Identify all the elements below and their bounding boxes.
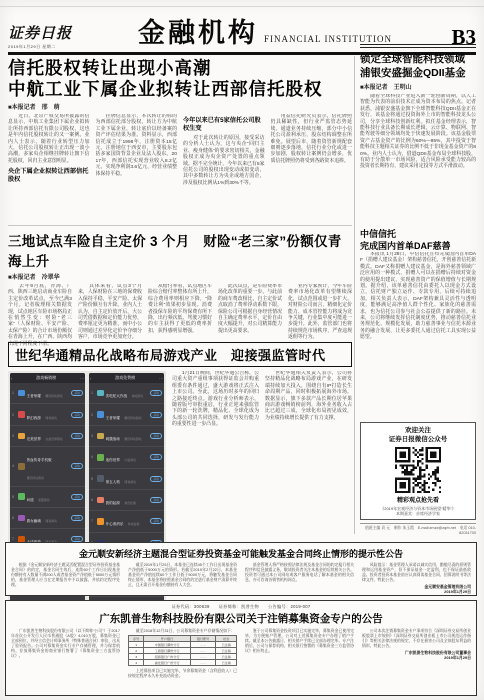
app-row: 4 热血传奇手机版 腾讯移动游戏 获取 [10,447,85,486]
paper-logo: 证券日报 2019年1月29日 星期二 [8,22,94,50]
app-icon [18,463,25,470]
app-subtitle: 休闲益智 [128,522,140,526]
article-auto-insurance-headline: 三地试点车险自主定价 3 个月 财险“老三家”份额仅青海上升 [8,230,352,270]
app-subtitle: 腾讯移动游戏 [45,394,62,398]
app-icon [97,390,104,397]
app-row: 2 王者荣耀 腾讯移动游戏 获取 [89,404,164,425]
app-rank: 7 [91,519,95,523]
text-column: 用益信托研究员表示，信托牌照仍具稀缺性，但行业严监管态势延续，通道业务持续压缩，… [271,114,353,230]
app-get-button: 获取 [150,518,162,524]
app-rank: 4 [12,464,16,468]
app-rank: 1 [12,391,16,395]
panel-header: ‹ 游戏畅销榜 ⋯ [10,373,85,383]
app-subtitle: 休闲游戏 [132,394,144,398]
panel-title: 游戏畅销榜 [36,375,56,381]
app-rank: 5 [12,495,16,499]
app-subtitle: 角色扮演 [124,501,136,505]
signature-date: 2019年1月29日 [444,589,471,594]
more-icon: ⋯ [159,376,163,381]
article-auto-insurance-byline: ■本报记者 冷翠华 [8,272,352,281]
app-get-button: 获取 [150,476,162,482]
app-icon [97,433,104,440]
text-column: 基金管理人将严格按照法律法规及基金合同的约定履行相关程序和信息披露义务，敬请投资… [245,562,354,596]
app-meta: 梦幻西游 网易游戏 [27,406,70,424]
app-row: 7 开心消消乐 休闲益智 获取 [89,511,164,532]
app-subtitle: 完美世界游戏 [45,437,62,441]
app-name: 问道 [27,498,34,502]
page-top-edge [0,6,484,7]
app-icon [18,411,25,418]
app-meta: 第五人格 网易游戏 [106,470,149,488]
app-row: 2 梦幻西游 网易游戏 获取 [10,404,85,425]
table-cell: 浦发银行广州分行 [144,660,190,666]
app-get-button: 获取 [71,412,83,418]
app-get-button: 获取 [150,497,162,503]
app-row: 3 完美世界 完美世界游戏 获取 [10,426,85,447]
announcement-body: 根据《金元顺安新经济主题灵活配置混合型证券投资基金基金合同》的约定，基金合同生效… [11,562,471,596]
text-column: 截至2019年1月25日，本基金已连续45个工作日出现基金资产净值低于5000万… [128,562,237,596]
qrcode [395,447,441,493]
announcement-codes-line: 证券代码：300639 证券简称：凯普生物 公告编号：2019-007 [11,604,471,610]
app-meta: 问道 雷霆游戏 [27,488,70,506]
app-rank: 1 [91,391,95,395]
qr-box-line2: 证券日报微信公众号 [365,436,471,445]
newspaper-page: 证券日报 2019年1月29日 星期二 金融机构 FINANCIAL INSTI… [0,0,484,700]
article-qdii-body: 随着全球科技产业进入新一轮创新周期，以人工智能为代表的前沿技术正成为资本布局的焦… [360,94,476,222]
app-icon [97,475,104,482]
body-text: 用益信托研究员表示，信托牌照仍具稀缺性，但行业严监管态势延续，通道业务持续压缩，… [271,114,353,165]
text-column: 1月21日晚间，世纪华通公告称，公司重大资产重组事项获得证监会并购重组委有条件通… [172,371,259,483]
app-name: 王者荣耀 [106,416,120,420]
app-row: 3 刺激战场 腾讯移动游戏 获取 [89,426,164,447]
app-meta: 王者荣耀 腾讯移动游戏 [27,384,70,402]
article-qdii-fund: 锁定全球智能科技领域 浦银安盛掘金QDII基金 ■本报记者 王明山 随着全球科技… [360,53,476,222]
app-subtitle: 腾讯移动游戏 [27,476,44,480]
article-qdii-headline-2: 浦银安盛掘金QDII基金 [360,67,476,81]
app-row: 6 我的起源 角色扮演 获取 [89,490,164,511]
app-subtitle: 网易游戏 [45,519,57,523]
app-get-button: 获取 [150,454,162,460]
table-cell: …… [190,660,216,666]
announcement-fund-termination: 金元顺安新经济主题混合型证券投资基金可能触发基金合同终止情形的提示性公告 根据《… [5,542,477,596]
more-icon: ⋯ [80,376,84,381]
app-rank: 6 [12,516,16,520]
wechat-qr-box: 欢迎关注 证券日报微信公众号 精彩观点抢先看 《2019年宏观经济与资本市场展望… [360,422,476,520]
app-name: 刺激战场 [106,437,120,441]
article-qdii-headline-1: 锁定全球智能科技领域 [360,53,476,67]
text-column: 鉴于公司募集资金投资项目已实施完毕，募集资金已使用完毕，为方便账户管理，公司对上… [245,628,354,694]
article-trust-headline-2: 中航工业下属企业拟转让西部信托股权 [8,79,352,100]
app-subtitle: 腾讯移动游戏 [124,416,141,420]
app-subtitle: 网易游戏 [124,480,136,484]
app-meta: 王者荣耀 腾讯移动游戏 [106,406,149,424]
app-icon [18,493,25,500]
body-text: 风险提示：基金管理人承诺以诚实信用、勤勉尽责的原则管理和运用基金资产，但不保证基… [362,562,471,582]
text-column: 截至2018年12月31日，公司募集资金专户存储情况如下： 序号 开户银行 银行… [128,628,237,694]
app-name: 倩女幽魂 [27,519,41,523]
app-name: 完美世界 [27,437,41,441]
app-meta: 完美世界 完美世界游戏 [27,427,70,445]
article-daf-headline-2: 完成国内首单DAF慈善 [360,240,476,252]
app-rank: 6 [91,498,95,502]
app-icon [97,497,104,504]
app-row: 5 问道 雷霆游戏 获取 [10,487,85,508]
back-icon: ‹ [90,376,91,381]
body-text: 近日，北京产权交易所披露的信息显示，中航工业集团下属企业拟转让所持西部信托有限公… [8,114,90,165]
announcement-body: 广东凯普生物科技股份有限公司（以下简称“公司”）于2017年首次公开发行人民币普… [11,628,471,694]
article-daf-trust: 中信信托 完成国内首单DAF慈善 本报讯 1月28日，中信信托宣布完成国内首单D… [360,228,476,416]
panel-header: ‹ 游戏免费榜 ⋯ [89,373,164,383]
app-name: 开心消消乐 [106,522,124,526]
article-trust-byline: ■本报记者 邢 萌 [8,102,352,111]
app-rank: 2 [12,413,16,417]
article-gaming-headline: 世纪华通精品化战略布局游戏产业 迎接强监管时代 [8,342,352,367]
app-meta: 倩女幽魂 网易游戏 [27,509,70,527]
app-get-button: 获取 [71,494,83,500]
app-icon [18,433,25,440]
app-icon [97,411,104,418]
article-trust-body: 近日，北京产权交易所披露的信息显示，中航工业集团下属企业拟转让所持西部信托有限公… [8,114,352,230]
article-daf-headline-1: 中信信托 [360,228,476,240]
text-column: 公司本次注销募集资金专户事项符合《深圳证券交易所创业板股票上市规则》《深圳证券交… [362,628,471,694]
app-row: 4 迷你世界 沙盒游戏 获取 [89,447,164,468]
announcement-kaipu-account: 证券代码：300639 证券简称：凯普生物 公告编号：2019-007 广东凯普… [5,600,477,696]
app-rank: 7 [12,537,16,541]
app-meta: 我的起源 角色扮演 [106,491,149,509]
text-column: 挂牌信息显示，本次转让的标的为西部信托部分股权，转让方为中航工业下属企业，转让底… [96,114,178,230]
app-name: 梦幻西游 [27,416,41,420]
announcement-signature: 金元顺安基金管理有限公司 2019年1月29日 [362,584,471,594]
subhead: 今年以来已有5家信托公司股权生变 [183,117,265,133]
app-icon [18,515,25,522]
text-column: 今年以来已有5家信托公司股权生变 对于此次转让的原因，接受采访的分析人士认为，这… [183,114,265,230]
body-text: 公司本次注销募集资金专户事项符合《深圳证券交易所创业板股票上市规则》《深圳证券交… [362,628,471,648]
app-row: 6 倩女幽魂 网易游戏 获取 [10,508,85,529]
app-get-button: 获取 [150,390,162,396]
paper-date-line: 2019年1月29日 星期二 [8,44,94,50]
article-daf-body: 本报讯 1月28日，中信信托宣布完成国内首单DAF（捐赠人建议基金）架构慈善信托… [360,252,476,416]
app-rank: 4 [91,455,95,459]
body-text: 上述募投项目已实施完毕，节余募集资金（含利息收入）已按规定程序永久补充流动资金。 [128,668,237,678]
article-gaming-side-text: 1月21日晚间，世纪华通公告称，公司重大资产重组事项获得证监会并购重组委有条件通… [172,371,352,483]
body-text: 截至2018年12月31日，公司募集资金专户存储情况如下： [128,628,237,633]
app-rank: 3 [12,434,16,438]
article-qdii-byline: ■本报记者 王明山 [360,82,476,91]
app-name: 贪吃蛇大作战 [106,394,128,398]
section-title-cn: 金融机构 [138,11,258,50]
section-title-en: FINANCIAL INSTITUTION [264,34,392,44]
app-meta: 迷你世界 沙盒游戏 [106,448,149,466]
app-name: 第五人格 [106,480,120,484]
body-text: 对于此次转让的原因，接受采访的分析人士认为，这与央企“回归主业、瘦身健体”的要求… [183,136,265,187]
app-rank: 5 [91,477,95,481]
text-column: 广东凯普生物科技股份有限公司（以下简称“公司”）于2017年首次公开发行人民币普… [11,628,120,694]
right-column: 锁定全球智能科技领域 浦银安盛掘金QDII基金 ■本报记者 王明山 随着全球科技… [360,44,476,535]
app-rank: 3 [91,434,95,438]
text-column: 近日，北京产权交易所披露的信息显示，中航工业集团下属企业拟转让所持西部信托有限公… [8,114,90,230]
app-icon [97,518,104,525]
table-cell: 已注销 [216,660,237,666]
table-cell: 4 [129,660,144,666]
article-trust-headline-1: 信托股权转让出现小高潮 [8,58,352,79]
staff-line: 值班主编 袁 元 制作 朱玉霞 E-mail:zmzx@zqrb.net 电话 … [360,523,476,535]
app-get-button: 获取 [71,433,83,439]
app-subtitle: 网易游戏 [45,416,57,420]
qr-box-line3: 精彩观点抢先看 [365,495,471,504]
announcement-signature: 广东凯普生物科技股份有限公司董事会 2019年1月29日 [362,650,471,660]
app-meta: 开心消消乐 休闲益智 [106,512,149,530]
app-get-button: 获取 [150,412,162,418]
text-column: 世纪华通相关负责人表示，公司将坚持精品化战略布局游戏产业，在研发端持续加大投入，… [265,371,352,483]
account-table: 序号 开户银行 银行账号 状态 1 中国银行潮州分行 …… 已注销 2 [128,635,237,666]
app-subtitle: 腾讯移动游戏 [124,437,141,441]
panel-title: 游戏免费榜 [115,375,135,381]
app-get-button: 获取 [71,390,83,396]
app-meta: 刺激战场 腾讯移动游戏 [106,427,149,445]
app-row: 5 第五人格 网易游戏 获取 [89,469,164,490]
paper-name: 证券日报 [8,22,94,43]
double-rule [360,44,476,48]
announcement-title: 广东凯普生物科技股份有限公司关于注销募集资金专户的公告 [11,611,471,626]
app-subtitle: 雷霆游戏 [38,498,50,502]
app-get-button: 获取 [150,433,162,439]
table-row: 4 浦发银行广州分行 …… 已注销 [129,660,237,666]
app-icon [18,390,25,397]
app-row: 1 贪吃蛇大作战 休闲游戏 获取 [89,383,164,404]
text-column: 根据《金元顺安新经济主题灵活配置混合型证券投资基金基金合同》的约定，基金合同生效… [11,562,120,596]
signature-date: 2019年1月29日 [444,655,471,660]
app-get-button: 获取 [71,463,83,469]
app-icon [97,454,104,461]
qr-box-line1: 欢迎关注 [365,427,471,436]
app-meta: 贪吃蛇大作战 休闲游戏 [106,384,149,402]
subhead: 央企下属企业拟转让西部信托股权 [8,168,90,184]
qr-box-note2: 本期嘉宾：首席经济学家 [365,511,471,516]
announcement-title: 金元顺安新经济主题混合型证券投资基金可能触发基金合同终止情形的提示性公告 [11,547,471,560]
app-rank: 2 [91,413,95,417]
app-row: 1 王者荣耀 腾讯移动游戏 获取 [10,383,85,404]
back-icon: ‹ [11,376,12,381]
app-name: 热血传奇手机版 [27,458,52,462]
app-name: 王者荣耀 [27,394,41,398]
app-name: 我的起源 [106,501,120,505]
app-meta: 热血传奇手机版 腾讯移动游戏 [27,448,70,484]
body-text: 挂牌信息显示，本次转让的标的为西部信托部分股权，转让方为中航工业下属企业，转让底… [96,114,178,178]
column-divider [354,56,355,534]
app-subtitle: 沙盒游戏 [124,458,136,462]
text-column: 风险提示：基金管理人承诺以诚实信用、勤勉尽责的原则管理和运用基金资产，但不保证基… [362,562,471,596]
app-name: 迷你世界 [106,458,120,462]
article-trust-transfer: 信托股权转让出现小高潮 中航工业下属企业拟转让西部信托股权 ■本报记者 邢 萌 … [8,58,352,230]
app-get-button: 获取 [71,515,83,521]
